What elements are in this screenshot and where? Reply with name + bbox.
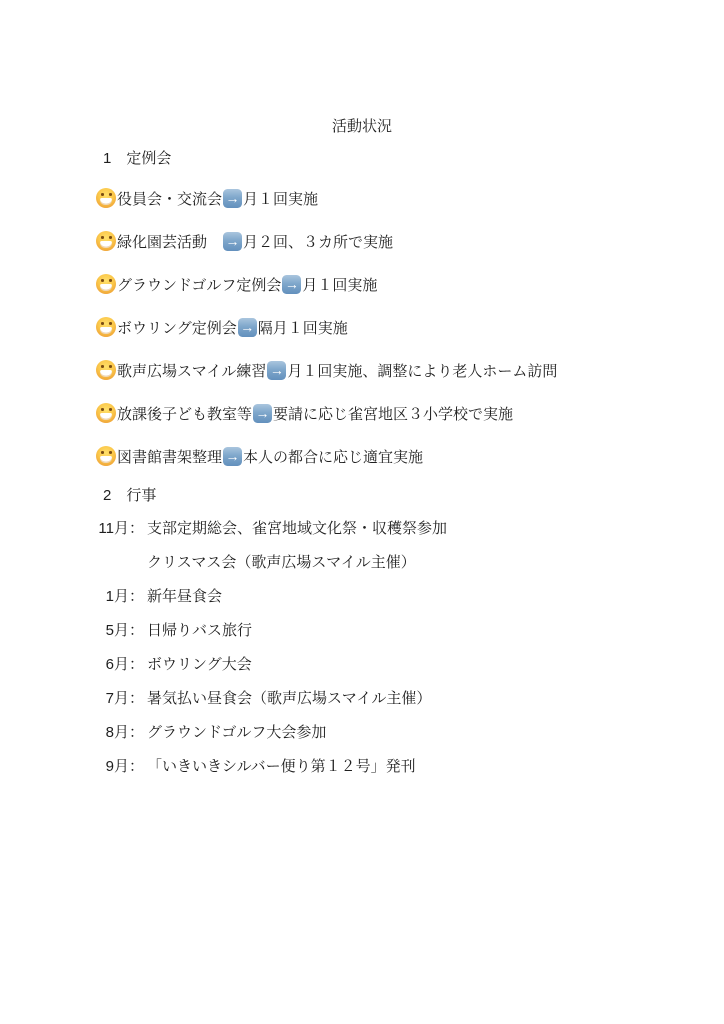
event-month-suffix: 月：	[114, 520, 147, 538]
right-arrow-emoji-icon: →	[238, 318, 257, 337]
right-arrow-emoji-icon: →	[223, 189, 242, 208]
event-row-september: 9 月： 「いきいきシルバー便り第１２号」発刊	[96, 758, 724, 776]
activity-result: 月１回実施	[302, 274, 377, 295]
grinning-face-emoji-icon	[96, 360, 116, 380]
activity-result: 月２回、３カ所で実施	[243, 231, 393, 252]
event-month: 1	[96, 588, 114, 606]
event-row-june: 6 月： ボウリング大会	[96, 656, 724, 674]
right-arrow-emoji-icon: →	[223, 447, 242, 466]
event-text: 新年昼食会	[147, 588, 222, 606]
event-month-suffix: 月：	[114, 588, 147, 606]
activity-item-houkago-kyoshitsu: 放課後子ども教室等 → 要請に応じ雀宮地区３小学校で実施	[96, 402, 724, 424]
event-text: 日帰りバス旅行	[147, 622, 252, 640]
event-row-july: 7 月： 暑気払い昼食会（歌声広場スマイル主催）	[96, 690, 724, 708]
grinning-face-emoji-icon	[96, 188, 116, 208]
event-month: 6	[96, 656, 114, 674]
grinning-face-emoji-icon	[96, 274, 116, 294]
event-month-suffix: 月：	[114, 690, 147, 708]
event-row-august: 8 月： グラウンドゴルフ大会参加	[96, 724, 724, 742]
activity-label: グラウンドゴルフ定例会	[117, 274, 281, 295]
event-row-christmas: クリスマス会（歌声広場スマイル主催）	[96, 554, 724, 572]
page-title: 活動状況	[0, 0, 724, 135]
activity-result: 本人の都合に応じ適宜実施	[243, 446, 423, 467]
activity-item-ryokka: 緑化園芸活動 → 月２回、３カ所で実施	[96, 230, 724, 252]
event-month: 9	[96, 758, 114, 776]
activity-result: 隔月１回実施	[258, 317, 348, 338]
event-text: 支部定期総会、雀宮地域文化祭・収穫祭参加	[147, 520, 447, 538]
grinning-face-emoji-icon	[96, 403, 116, 423]
event-month: 5	[96, 622, 114, 640]
activity-result: 月１回実施	[243, 188, 318, 209]
activity-item-bowling: ボウリング定例会 → 隔月１回実施	[96, 316, 724, 338]
activity-item-ground-golf: グラウンドゴルフ定例会 → 月１回実施	[96, 273, 724, 295]
event-month-suffix	[114, 554, 147, 572]
event-text: 「いきいきシルバー便り第１２号」発刊	[147, 758, 416, 776]
event-month: 7	[96, 690, 114, 708]
activity-label: ボウリング定例会	[117, 317, 237, 338]
right-arrow-emoji-icon: →	[282, 275, 301, 294]
event-text: 暑気払い昼食会（歌声広場スマイル主催）	[147, 690, 431, 708]
right-arrow-emoji-icon: →	[267, 361, 286, 380]
document-content: 1 定例会 役員会・交流会 → 月１回実施 緑化園芸活動 → 月２回、３カ所で実…	[0, 150, 724, 776]
activity-item-utagoe-smile: 歌声広場スマイル練習 → 月１回実施、調整により老人ホーム訪問	[96, 359, 724, 381]
event-month	[96, 554, 114, 572]
activity-item-yakuinkai: 役員会・交流会 → 月１回実施	[96, 187, 724, 209]
grinning-face-emoji-icon	[96, 446, 116, 466]
right-arrow-emoji-icon: →	[223, 232, 242, 251]
activity-label: 放課後子ども教室等	[117, 403, 252, 424]
activity-result: 要請に応じ雀宮地区３小学校で実施	[273, 403, 513, 424]
section-heading-events: 2 行事	[96, 487, 724, 504]
event-row-january: 1 月： 新年昼食会	[96, 588, 724, 606]
event-month-suffix: 月：	[114, 724, 147, 742]
document-page: 活動状況 1 定例会 役員会・交流会 → 月１回実施 緑化園芸活動 → 月２回、…	[0, 0, 724, 1024]
event-month: 11	[96, 520, 114, 538]
activity-label: 図書館書架整理	[117, 446, 222, 467]
event-month: 8	[96, 724, 114, 742]
event-month-suffix: 月：	[114, 758, 147, 776]
activity-label: 緑化園芸活動	[117, 231, 222, 252]
right-arrow-emoji-icon: →	[253, 404, 272, 423]
event-month-suffix: 月：	[114, 656, 147, 674]
grinning-face-emoji-icon	[96, 317, 116, 337]
activity-result: 月１回実施、調整により老人ホーム訪問	[287, 360, 557, 381]
grinning-face-emoji-icon	[96, 231, 116, 251]
section-heading-regular-meetings: 1 定例会	[96, 150, 724, 167]
activity-item-toshokan: 図書館書架整理 → 本人の都合に応じ適宜実施	[96, 445, 724, 467]
activity-label: 役員会・交流会	[117, 188, 222, 209]
event-text: クリスマス会（歌声広場スマイル主催）	[147, 554, 416, 572]
event-text: グラウンドゴルフ大会参加	[147, 724, 326, 742]
event-month-suffix: 月：	[114, 622, 147, 640]
activity-label: 歌声広場スマイル練習	[117, 360, 266, 381]
event-text: ボウリング大会	[147, 656, 252, 674]
event-row-may: 5 月： 日帰りバス旅行	[96, 622, 724, 640]
event-row-november: 11 月： 支部定期総会、雀宮地域文化祭・収穫祭参加	[96, 520, 724, 538]
